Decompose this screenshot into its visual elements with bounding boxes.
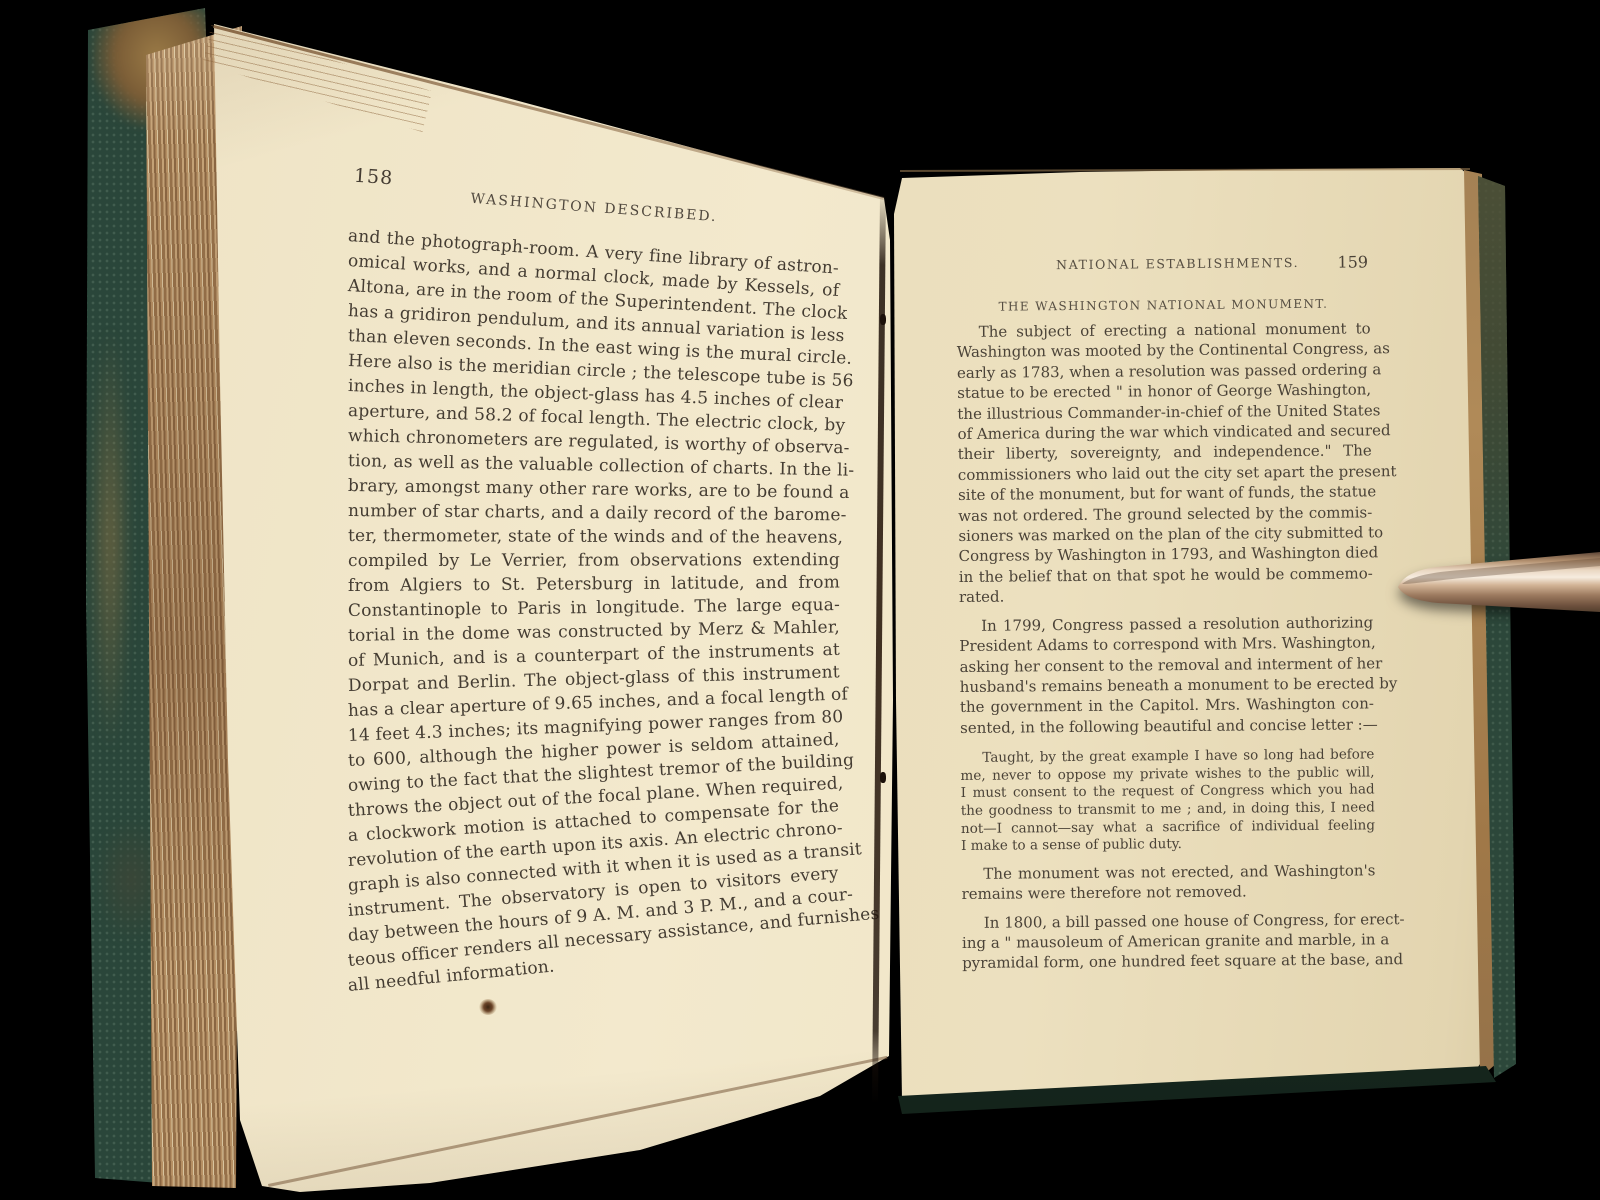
text-line: ter, thermometer, state of the winds and… — [348, 524, 840, 551]
binding-thread — [880, 772, 886, 783]
paragraph: In 1800, a bill passed one house of Cong… — [962, 909, 1377, 974]
binding-thread — [880, 314, 886, 325]
page-number-right: 159 — [1337, 252, 1368, 271]
quoted-letter: Taught, by the great example I have so l… — [960, 746, 1375, 855]
right-page-content: NATIONAL ESTABLISHMENTS. 159 THE WASHING… — [956, 254, 1376, 973]
text-line: I make to a sense of public duty. — [961, 834, 1375, 855]
text-line: remains were therefore not removed. — [961, 880, 1375, 904]
paragraph: The subject of erecting a national monum… — [957, 318, 1373, 607]
paragraph: In 1799, Congress passed a resolution au… — [959, 612, 1374, 738]
text-line: pyramidal form, one hundred feet square … — [962, 950, 1376, 974]
text-line: in the belief that on that spot he would… — [959, 563, 1373, 587]
text-line: President Adams to correspond with Mrs. … — [959, 632, 1373, 656]
text-line: sented, in the following beautiful and c… — [960, 714, 1374, 738]
section-title: THE WASHINGTON NATIONAL MONUMENT. — [956, 296, 1370, 314]
foxing-spot — [479, 999, 497, 1015]
letter-opener-blade — [1392, 542, 1600, 622]
text-line: The monument was not erected, and Washin… — [961, 860, 1375, 884]
cover-wear-patch — [90, 330, 130, 750]
right-page-header-row: NATIONAL ESTABLISHMENTS. 159 — [956, 254, 1370, 278]
running-header-right: NATIONAL ESTABLISHMENTS. — [1056, 255, 1299, 272]
text-line: rated. — [959, 584, 1373, 608]
text-line: not—I cannot—say what a sacrifice of ind… — [961, 817, 1375, 838]
left-page-body: and the photograph-room. A very fine lib… — [348, 224, 840, 999]
paragraph: The monument was not erected, and Washin… — [961, 860, 1375, 904]
open-book-photo: 158 WASHINGTON DESCRIBED. and the photog… — [0, 0, 1600, 1200]
